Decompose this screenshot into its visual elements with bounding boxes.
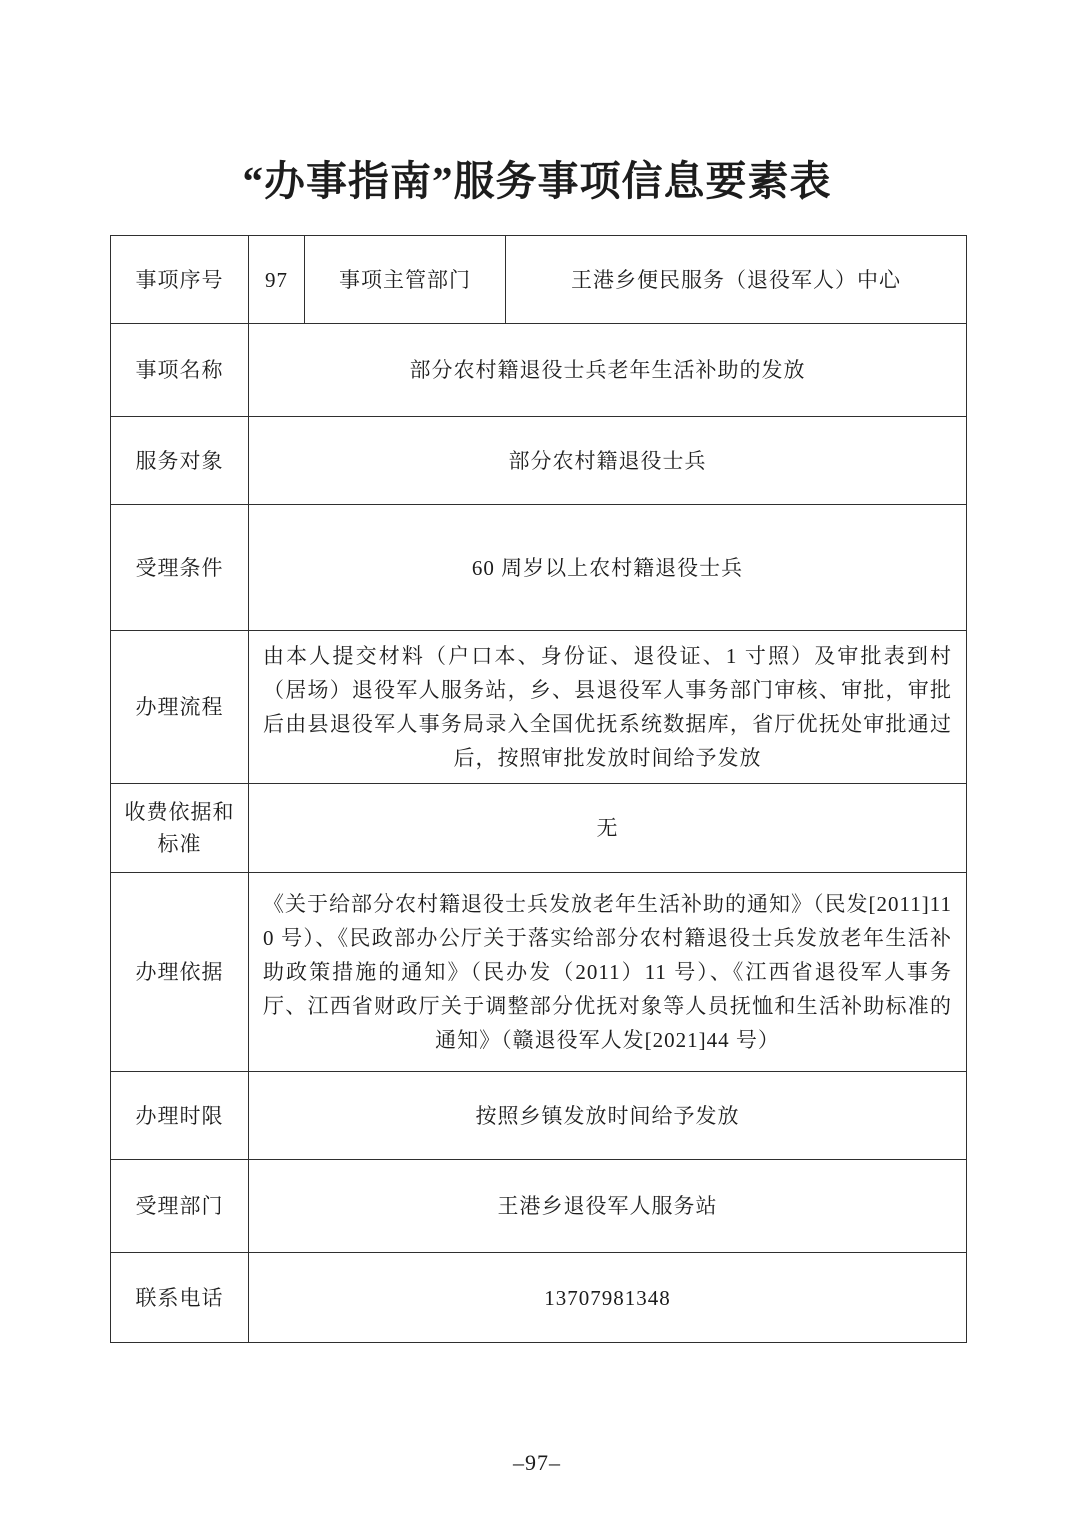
accepting-department-label: 受理部门 — [111, 1160, 249, 1253]
table-row-acceptance-condition: 受理条件 60 周岁以上农村籍退役士兵 — [111, 505, 967, 631]
department-value: 王港乡便民服务（退役军人）中心 — [506, 236, 967, 324]
table-row-legal-basis: 办理依据 《关于给部分农村籍退役士兵发放老年生活补助的通知》（民发[2011]1… — [111, 873, 967, 1072]
service-target-label: 服务对象 — [111, 417, 249, 505]
accepting-department-value: 王港乡退役军人服务站 — [249, 1160, 967, 1253]
item-name-label: 事项名称 — [111, 324, 249, 417]
table-row-accepting-department: 受理部门 王港乡退役军人服务站 — [111, 1160, 967, 1253]
table-row-process: 办理流程 由本人提交材料（户口本、身份证、退役证、1 寸照）及审批表到村（居场）… — [111, 631, 967, 784]
table-row-fee-basis: 收费依据和标准 无 — [111, 784, 967, 873]
table-row-item-name: 事项名称 部分农村籍退役士兵老年生活补助的发放 — [111, 324, 967, 417]
time-limit-value: 按照乡镇发放时间给予发放 — [249, 1072, 967, 1160]
acceptance-condition-value: 60 周岁以上农村籍退役士兵 — [249, 505, 967, 631]
department-label: 事项主管部门 — [305, 236, 506, 324]
table-row-time-limit: 办理时限 按照乡镇发放时间给予发放 — [111, 1072, 967, 1160]
table-row-contact-phone: 联系电话 13707981348 — [111, 1253, 967, 1343]
acceptance-condition-label: 受理条件 — [111, 505, 249, 631]
page-number: –97– — [0, 1450, 1074, 1476]
contact-phone-label: 联系电话 — [111, 1253, 249, 1343]
info-table: 事项序号 97 事项主管部门 王港乡便民服务（退役军人）中心 事项名称 部分农村… — [110, 235, 967, 1343]
service-target-value: 部分农村籍退役士兵 — [249, 417, 967, 505]
table-row-service-target: 服务对象 部分农村籍退役士兵 — [111, 417, 967, 505]
item-number-value: 97 — [249, 236, 305, 324]
table-row-header: 事项序号 97 事项主管部门 王港乡便民服务（退役军人）中心 — [111, 236, 967, 324]
legal-basis-label: 办理依据 — [111, 873, 249, 1072]
document-page: “办事指南”服务事项信息要素表 事项序号 97 事项主管部门 王港乡便民服务（退… — [0, 0, 1074, 1520]
page-title: “办事指南”服务事项信息要素表 — [0, 148, 1074, 207]
item-name-value: 部分农村籍退役士兵老年生活补助的发放 — [249, 324, 967, 417]
contact-phone-value: 13707981348 — [249, 1253, 967, 1343]
fee-basis-value: 无 — [249, 784, 967, 873]
item-number-label: 事项序号 — [111, 236, 249, 324]
process-label: 办理流程 — [111, 631, 249, 784]
process-value: 由本人提交材料（户口本、身份证、退役证、1 寸照）及审批表到村（居场）退役军人服… — [249, 631, 967, 784]
time-limit-label: 办理时限 — [111, 1072, 249, 1160]
legal-basis-value: 《关于给部分农村籍退役士兵发放老年生活补助的通知》（民发[2011]110 号）… — [249, 873, 967, 1072]
fee-basis-label: 收费依据和标准 — [111, 784, 249, 873]
